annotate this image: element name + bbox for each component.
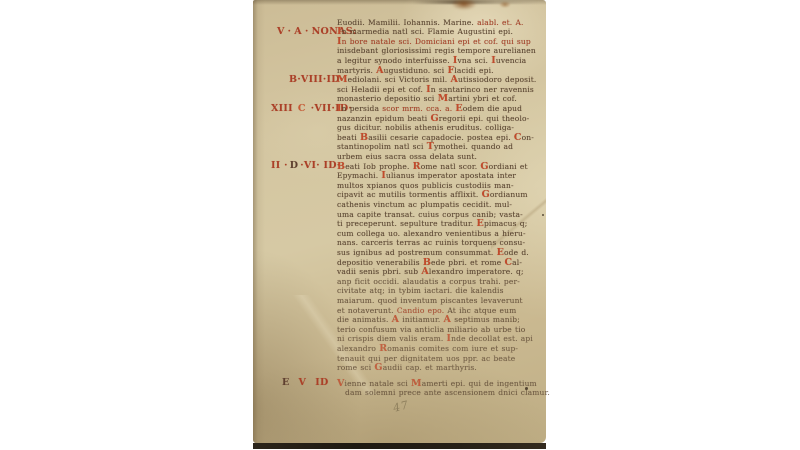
- scan-background: { "page": { "folio_number": "47", "color…: [0, 0, 800, 450]
- manuscript-page: V·A·NONAS:B·VIII·ID·XIIIC·VII·ID·II ·D·V…: [253, 0, 546, 449]
- text-segment: initiamur.: [399, 315, 443, 324]
- text-line: Beati Iob prophe. Rome natl scor. Gordia…: [337, 162, 528, 171]
- text-segment: uma capite transat. cuius corpus canib; …: [337, 210, 523, 219]
- text-segment: utissiodoro deposit.: [458, 75, 536, 84]
- text-line: nazanzin epidum beati Gregorii epi. qui …: [337, 114, 529, 123]
- text-line: a legitur synodo interfuisse. Ivna sci. …: [337, 56, 526, 65]
- calendar-letter: V: [277, 27, 285, 37]
- text-line: uma capite transat. cuius corpus canib; …: [337, 210, 523, 219]
- calendar-letter: A: [294, 27, 302, 37]
- text-segment: audii cap. et marthyris.: [383, 363, 477, 372]
- calendar-marginal-viii-id: B·VIII·ID·: [289, 75, 343, 85]
- page-bottom-edge: [253, 443, 546, 449]
- text-segment: omanis comites com iure et sup-: [387, 344, 518, 353]
- rubric-initial: M: [438, 93, 449, 104]
- text-segment: ediolani. sci Victoris mil.: [348, 75, 451, 84]
- text-segment: vadii senis pbri. sub: [337, 267, 421, 276]
- text-segment: ti preceperunt. sepulture traditur.: [337, 219, 477, 228]
- text-segment: n marmedia natl sci. Flamie Augustini ep…: [342, 27, 513, 36]
- text-segment: stantinopolim natl sci: [337, 142, 427, 151]
- rubric-segment: scor mrm. cca. a.: [382, 104, 455, 113]
- calendar-marginal-v-id: EVID: [282, 378, 329, 388]
- rubric-initial: G: [431, 113, 439, 124]
- rubric-initial: E: [497, 247, 504, 258]
- text-segment: eati Iob prophe.: [345, 162, 412, 171]
- text-segment: odem die apud: [463, 104, 522, 113]
- rubric-initial: T: [427, 141, 434, 152]
- rubric-initial: V: [337, 378, 345, 389]
- text-segment: n persida: [342, 104, 383, 113]
- text-segment: At ihc atque eum: [447, 306, 516, 315]
- text-line: Mediolani. sci Victoris mil. Autissiodor…: [337, 75, 536, 84]
- text-line: et notaverunt. Candio epo. At ihc atque …: [337, 306, 516, 315]
- rubric-segment: n bore natale sci. Domiciani epi et cof.…: [342, 37, 531, 46]
- text-line: In bore natale sci. Domiciani epi et cof…: [337, 37, 531, 46]
- text-segment: lacidi epi.: [454, 66, 493, 75]
- text-segment: Euodii. Mamilii. Iohannis. Marine.: [337, 18, 477, 27]
- text-segment: depositio venerabilis: [337, 258, 423, 267]
- text-segment: beati: [337, 133, 360, 142]
- calendar-letter: XIII: [271, 104, 293, 114]
- text-segment: ienne natale sci: [345, 379, 412, 388]
- text-line: sci Heladii epi et cof. In santarinco ne…: [337, 85, 534, 94]
- text-segment: ulianus imperator apostata inter: [386, 171, 516, 180]
- text-segment: civitate atq; in tybim iactari. die kale…: [337, 286, 504, 295]
- text-line: alexandro Romanis comites com iure et su…: [337, 344, 518, 353]
- rubric-initial: C: [504, 257, 512, 268]
- text-line: stantinopolim natl sci Tymothei. quando …: [337, 142, 513, 151]
- martyrology-text-block: Euodii. Mamilii. Iohannis. Marine. alabl…: [337, 0, 543, 449]
- rubric-initial: R: [413, 161, 421, 172]
- text-segment: cathenis vinctum ac plumpatis cecidit. m…: [337, 200, 512, 209]
- text-line: In marmedia natl sci. Flamie Augustini e…: [337, 27, 513, 36]
- text-line: tenauit qui per dignitatem uos ppr. ac b…: [337, 354, 515, 363]
- text-segment: sci Heladii epi et cof.: [337, 85, 426, 94]
- calendar-letter: ID: [315, 378, 328, 388]
- rubric-initial: A: [450, 74, 458, 85]
- text-segment: lexandro imperatore. q;: [429, 267, 524, 276]
- text-line: civitate atq; in tybim iactari. die kale…: [337, 286, 504, 295]
- rubric-initial: A: [376, 65, 384, 76]
- text-line: inisdebant gloriosissimi regis tempore a…: [337, 46, 536, 55]
- text-segment: a legitur synodo interfuisse.: [337, 56, 453, 65]
- text-segment: cipavit ac mutilis tormentis afflixit.: [337, 190, 482, 199]
- text-line: rome sci Gaudii cap. et marthyris.: [337, 363, 477, 372]
- text-line: vadii senis pbri. sub Alexandro imperato…: [337, 267, 524, 276]
- text-segment: ome natl scor.: [421, 162, 481, 171]
- calendar-letter: ·: [288, 27, 292, 37]
- rubric-initial: G: [480, 161, 488, 172]
- text-segment: monasterio depositio sci: [337, 94, 438, 103]
- rubric-segment: Candio epo.: [397, 306, 448, 315]
- text-segment: terio confusum via anticlia miliario ab …: [337, 325, 525, 334]
- text-line: cum collega uo. alexandro venientibus a …: [337, 229, 526, 238]
- text-segment: urbem eius sacra ossa delata sunt.: [337, 152, 477, 161]
- text-segment: alexandro: [337, 344, 379, 353]
- text-segment: inisdebant gloriosissimi regis tempore a…: [337, 46, 536, 55]
- text-line: dam solemni prece ante ascensionem dnici…: [345, 388, 550, 397]
- text-segment: pimacus q;: [484, 219, 527, 228]
- text-line: Epymachi. Iulianus imperator apostata in…: [337, 171, 516, 180]
- text-line: beati Basilii cesarie capadocie. postea …: [337, 133, 534, 142]
- rubric-initial: C: [514, 132, 522, 143]
- rubric-initial: E: [477, 218, 484, 229]
- calendar-letter: E: [282, 378, 290, 388]
- text-segment: on-: [522, 133, 534, 142]
- text-line: urbem eius sacra ossa delata sunt.: [337, 152, 477, 161]
- text-segment: al-: [512, 258, 522, 267]
- text-line: Vienne natale sci Mamerti epi. qui de in…: [337, 379, 537, 388]
- calendar-letter: C: [298, 104, 306, 114]
- calendar-marginal-vi-id: II ·D·VI· ID·: [271, 161, 340, 171]
- text-line: die animatis. A initiamur. A septimus ma…: [337, 315, 520, 324]
- rubric-initial: A: [421, 266, 429, 277]
- text-line: cathenis vinctum ac plumpatis cecidit. m…: [337, 200, 512, 209]
- text-line: ti preceperunt. sepulture traditur. Epim…: [337, 219, 527, 228]
- calendar-letter: V: [299, 378, 307, 388]
- rubric-initial: G: [482, 189, 490, 200]
- rubric-initial: A: [444, 314, 452, 325]
- rubric-initial: M: [411, 378, 422, 389]
- text-segment: ordiani et: [489, 162, 528, 171]
- text-segment: ugustiduno. sci: [384, 66, 448, 75]
- calendar-letter: ·VI· ID·: [300, 161, 340, 171]
- text-segment: septimus manib;: [451, 315, 520, 324]
- calendar-letter: B·VIII·ID·: [289, 75, 343, 85]
- rubric-initial: E: [455, 103, 462, 114]
- text-segment: vna sci.: [458, 56, 492, 65]
- text-line: maiarum. quod inventum piscantes levaver…: [337, 296, 523, 305]
- rubric-initial: G: [374, 362, 382, 373]
- rubric-initial: B: [337, 161, 345, 172]
- text-segment: ede pbri. et rome: [431, 258, 504, 267]
- text-segment: nazanzin epidum beati: [337, 114, 431, 123]
- text-segment: uvencia: [496, 56, 526, 65]
- text-segment: et notaverunt.: [337, 306, 397, 315]
- calendar-letter: ·: [305, 27, 309, 37]
- text-segment: die animatis.: [337, 315, 392, 324]
- text-line: sus ignibus ad postremum consummat. Eode…: [337, 248, 529, 257]
- text-segment: nde decollat est. api: [451, 334, 533, 343]
- text-line: cipavit ac mutilis tormentis afflixit. G…: [337, 190, 528, 199]
- rubric-segment: alabl. et. A.: [477, 18, 523, 27]
- text-segment: sus ignibus ad postremum consummat.: [337, 248, 497, 257]
- text-line: Euodii. Mamilii. Iohannis. Marine. alabl…: [337, 18, 524, 27]
- text-segment: anp ficit occidi. alaudatis a corpus tra…: [337, 277, 520, 286]
- text-segment: Epymachi.: [337, 171, 381, 180]
- text-segment: ordianum: [490, 190, 528, 199]
- text-line: terio confusum via anticlia miliario ab …: [337, 325, 525, 334]
- text-segment: tenauit qui per dignitatem uos ppr. ac b…: [337, 354, 515, 363]
- rubric-initial: M: [337, 74, 348, 85]
- text-segment: ni crispis diem valis eram.: [337, 334, 447, 343]
- text-segment: amerti epi. qui de ingentium: [422, 379, 537, 388]
- text-line: anp ficit occidi. alaudatis a corpus tra…: [337, 277, 520, 286]
- text-segment: ymothei. quando ad: [434, 142, 513, 151]
- calendar-letter: II ·: [271, 161, 288, 171]
- text-segment: maiarum. quod inventum piscantes levaver…: [337, 296, 523, 305]
- text-line: ni crispis diem valis eram. Inde decolla…: [337, 334, 533, 343]
- calendar-letter: D: [290, 161, 299, 171]
- text-line: depositio venerabilis Bede pbri. et rome…: [337, 258, 522, 267]
- text-segment: asilii cesarie capadocie. postea epi.: [368, 133, 514, 142]
- text-segment: rome sci: [337, 363, 374, 372]
- text-segment: regorii epi. qui theolo-: [439, 114, 530, 123]
- text-line: martyris. Augustiduno. sci Flacidi epi.: [337, 66, 494, 75]
- text-segment: cum collega uo. alexandro venientibus a …: [337, 229, 526, 238]
- text-line: monasterio depositio sci Martini ybri et…: [337, 94, 517, 103]
- text-segment: dam solemni prece ante ascensionem dnici…: [345, 388, 550, 397]
